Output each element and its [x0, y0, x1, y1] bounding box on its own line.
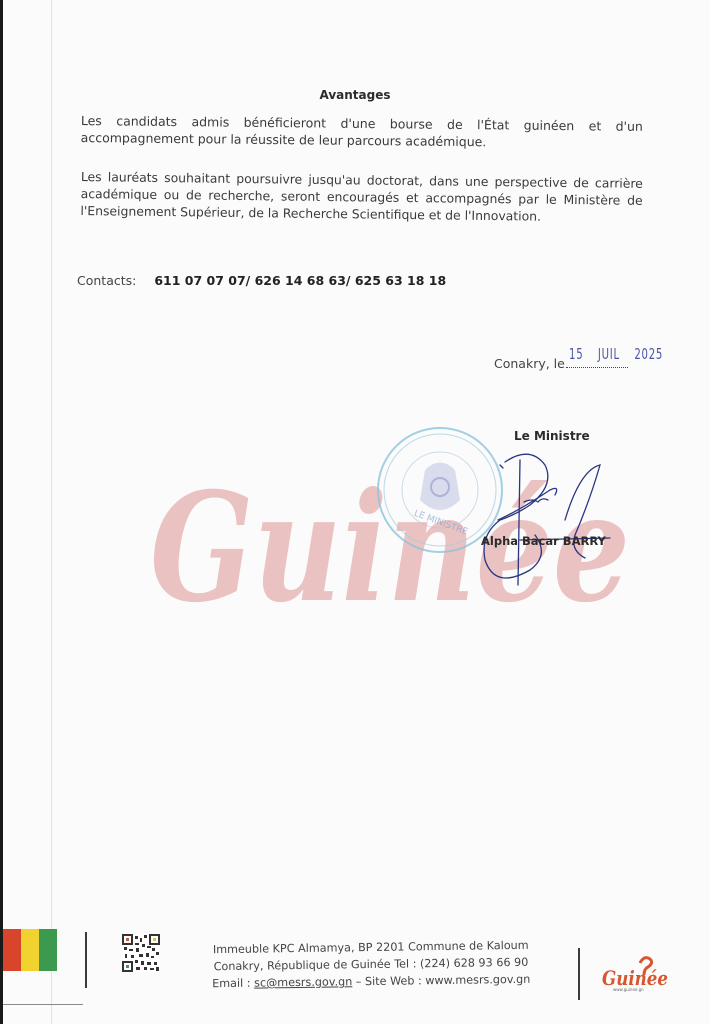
- contacts-label: Contacts:: [77, 273, 136, 288]
- contacts-line: Contacts: 611 07 07 07/ 626 14 68 63/ 62…: [77, 273, 446, 288]
- footer-separator: [85, 932, 87, 988]
- footer-separator: [578, 948, 580, 1000]
- guinea-flag-icon: [3, 929, 57, 971]
- date-prefix: Conakry, le: [494, 356, 565, 371]
- footer-address: Immeuble KPC Almamya, BP 2201 Commune de…: [196, 937, 547, 993]
- contact-line: Email : sc@mesrs.gov.gn – Site Web : www…: [196, 971, 546, 993]
- email-label: Email :: [212, 977, 251, 991]
- signatory-name: Alpha Bacar BARRY: [481, 534, 606, 548]
- date-stamp: 15 JUIL 2025: [569, 345, 663, 363]
- flag-stripe-green: [39, 929, 57, 971]
- paragraph-scholarship: Les candidats admis bénéficieront d'une …: [81, 112, 643, 152]
- contacts-numbers: 611 07 07 07/ 626 14 68 63/ 625 63 18 18: [154, 273, 446, 288]
- document-page: Guinée Avantages Les candidats admis bén…: [0, 0, 710, 1024]
- margin-line: [51, 0, 52, 1024]
- paragraph-line: accompagnement pour la réussite de leur …: [81, 130, 487, 149]
- flag-stripe-red: [3, 929, 21, 971]
- section-heading: Avantages: [0, 88, 710, 102]
- paragraph-doctorate: Les lauréats souhaitant poursuivre jusqu…: [80, 168, 643, 226]
- scan-edge: [0, 0, 3, 1024]
- qr-code-icon[interactable]: [122, 934, 160, 972]
- web-label: – Site Web :: [356, 974, 422, 988]
- footer-divider: [3, 1004, 83, 1005]
- website-link[interactable]: www.mesrs.gov.gn: [425, 973, 530, 987]
- flag-stripe-yellow: [21, 929, 39, 971]
- email-link[interactable]: sc@mesrs.gov.gn: [254, 975, 352, 989]
- logo-url: www.guinee.gn: [613, 987, 644, 992]
- handwritten-signature: [460, 440, 620, 590]
